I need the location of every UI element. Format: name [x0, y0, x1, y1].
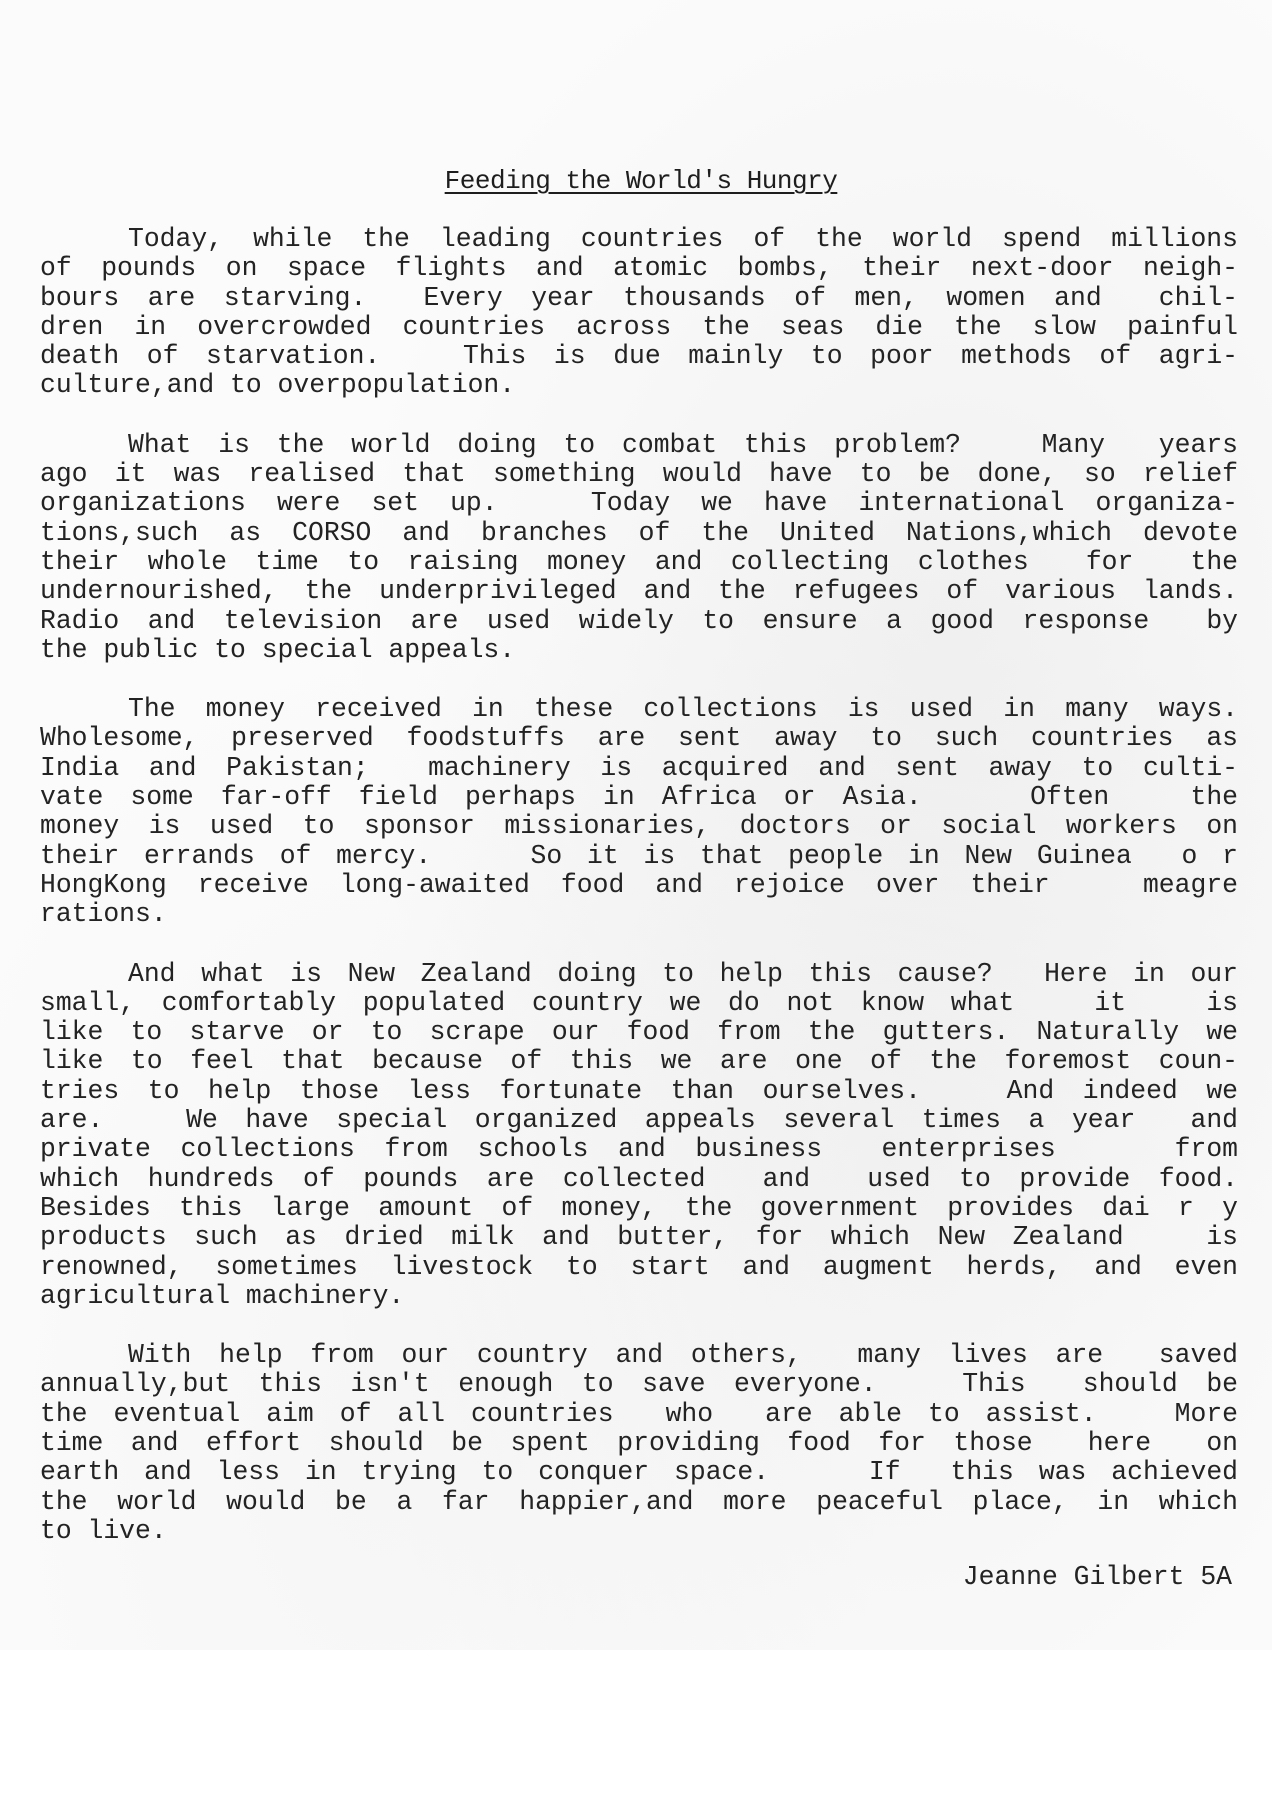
text-line: renowned, sometimes livestock to start a… — [40, 1253, 1238, 1282]
text-line: their errands of mercy. So it is that pe… — [40, 842, 1238, 871]
text-line: bours are starving. Every year thousands… — [40, 284, 1238, 313]
author-signature: Jeanne Gilbert 5A — [963, 1562, 1232, 1592]
text-line: Today, while the leading countries of th… — [40, 225, 1238, 254]
text-line: which hundreds of pounds are collected a… — [40, 1165, 1238, 1194]
text-line: time and effort should be spent providin… — [40, 1429, 1238, 1458]
text-line: And what is New Zealand doing to help th… — [40, 960, 1238, 989]
paragraph: And what is New Zealand doing to help th… — [40, 960, 1238, 1312]
text-line: With help from our country and others, m… — [40, 1341, 1238, 1370]
text-line: their whole time to raising money and co… — [40, 548, 1238, 577]
document-body: Today, while the leading countries of th… — [40, 225, 1238, 1576]
text-line: the world would be a far happier,and mor… — [40, 1488, 1238, 1517]
text-line: HongKong receive long-awaited food and r… — [40, 871, 1238, 900]
text-line: annually,but this isn't enough to save e… — [40, 1370, 1238, 1399]
text-line: Wholesome, preserved foodstuffs are sent… — [40, 724, 1238, 753]
text-line: ago it was realised that something would… — [40, 460, 1238, 489]
text-line: the eventual aim of all countries who ar… — [40, 1400, 1238, 1429]
paragraph: The money received in these collections … — [40, 695, 1238, 929]
text-line: products such as dried milk and butter, … — [40, 1223, 1238, 1252]
scanned-page: Feeding the World's Hungry Today, while … — [0, 0, 1272, 1800]
text-line: culture,and to overpopulation. — [40, 371, 1238, 400]
text-line: earth and less in trying to conquer spac… — [40, 1458, 1238, 1487]
text-line: agricultural machinery. — [40, 1282, 1238, 1311]
text-line: are. We have special organized appeals s… — [40, 1106, 1238, 1135]
text-line: tions,such as CORSO and branches of the … — [40, 519, 1238, 548]
paragraph: With help from our country and others, m… — [40, 1341, 1238, 1546]
text-line: Besides this large amount of money, the … — [40, 1194, 1238, 1223]
text-line: small, comfortably populated country we … — [40, 989, 1238, 1018]
paragraph: What is the world doing to combat this p… — [40, 431, 1238, 665]
text-line: of pounds on space flights and atomic bo… — [40, 254, 1238, 283]
text-line: Radio and television are used widely to … — [40, 607, 1238, 636]
text-line: the public to special appeals. — [40, 636, 1238, 665]
text-line: rations. — [40, 900, 1238, 929]
text-line: death of starvation. This is due mainly … — [40, 342, 1238, 371]
text-line: undernourished, the underprivileged and … — [40, 577, 1238, 606]
text-line: tries to help those less fortunate than … — [40, 1077, 1238, 1106]
text-line: money is used to sponsor missionaries, d… — [40, 812, 1238, 841]
document-title: Feeding the World's Hungry — [0, 166, 1272, 196]
text-line: India and Pakistan; machinery is acquire… — [40, 754, 1238, 783]
text-line: to live. — [40, 1517, 1238, 1546]
text-line: private collections from schools and bus… — [40, 1135, 1238, 1164]
paragraph: Today, while the leading countries of th… — [40, 225, 1238, 401]
text-line: dren in overcrowded countries across the… — [40, 313, 1238, 342]
text-line: The money received in these collections … — [40, 695, 1238, 724]
text-line: What is the world doing to combat this p… — [40, 431, 1238, 460]
text-line: like to feel that because of this we are… — [40, 1047, 1238, 1076]
text-line: organizations were set up. Today we have… — [40, 489, 1238, 518]
document-title-text: Feeding the World's Hungry — [445, 166, 838, 196]
text-line: like to starve or to scrape our food fro… — [40, 1018, 1238, 1047]
text-line: vate some far-off field perhaps in Afric… — [40, 783, 1238, 812]
